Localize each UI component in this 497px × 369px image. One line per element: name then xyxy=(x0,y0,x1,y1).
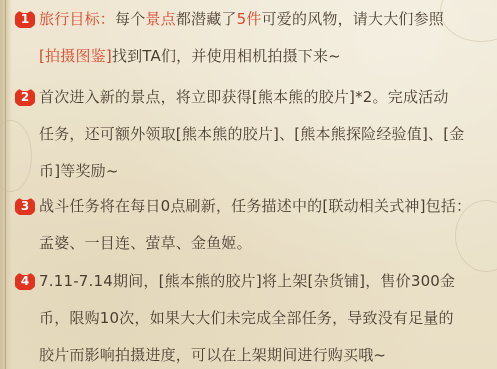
highlight-text: 景点 xyxy=(145,10,175,28)
number-badge-icon: 3 xyxy=(15,198,35,215)
rule-line: 7.11-7.14期间，[熊本熊的胶片]将上架[杂货铺]，售价300金 xyxy=(39,271,455,291)
number-badge-icon: 2 xyxy=(15,89,35,106)
number-badge-icon: 4 xyxy=(15,273,35,290)
swirl-decoration xyxy=(440,0,497,42)
rule-line: 旅行目标：每个景点都潜藏了5件可爱的风物，请大大们参照 xyxy=(39,9,444,29)
rule-line: [拍摄图鉴]找到TA们，并使用相机拍摄下来~ xyxy=(39,46,341,66)
rule-line: 首次进入新的景点，将立即获得[熊本熊的胶片]*2。完成活动 xyxy=(39,87,449,107)
rule-line: 战斗任务将在每日0点刷新，任务描述中的[联动相关式神]包括： xyxy=(39,196,471,216)
rule-title: 旅行目标： xyxy=(39,10,115,28)
number-badge-icon: 1 xyxy=(15,11,35,28)
highlight-text: 5件 xyxy=(237,10,262,28)
rule-line: 币]等奖励~ xyxy=(39,161,119,181)
rule-line: 胶片而影响拍摄进度，可以在上架期间进行购买哦~ xyxy=(39,345,386,365)
photo-catalog-link[interactable]: [拍摄图鉴] xyxy=(39,47,112,65)
rule-line: 孟婆、一目连、萤草、金鱼姬。 xyxy=(39,233,252,253)
swirl-decoration xyxy=(0,120,32,192)
event-info-panel: 1 旅行目标：每个景点都潜藏了5件可爱的风物，请大大们参照 [拍摄图鉴]找到TA… xyxy=(0,0,497,369)
rule-line: 任务，还可额外领取[熊本熊的胶片]、[熊本熊探险经验值]、[金 xyxy=(39,124,464,144)
rule-line: 币，限购10次，如果大大们未完成全部任务，导致没有足量的 xyxy=(39,308,454,328)
